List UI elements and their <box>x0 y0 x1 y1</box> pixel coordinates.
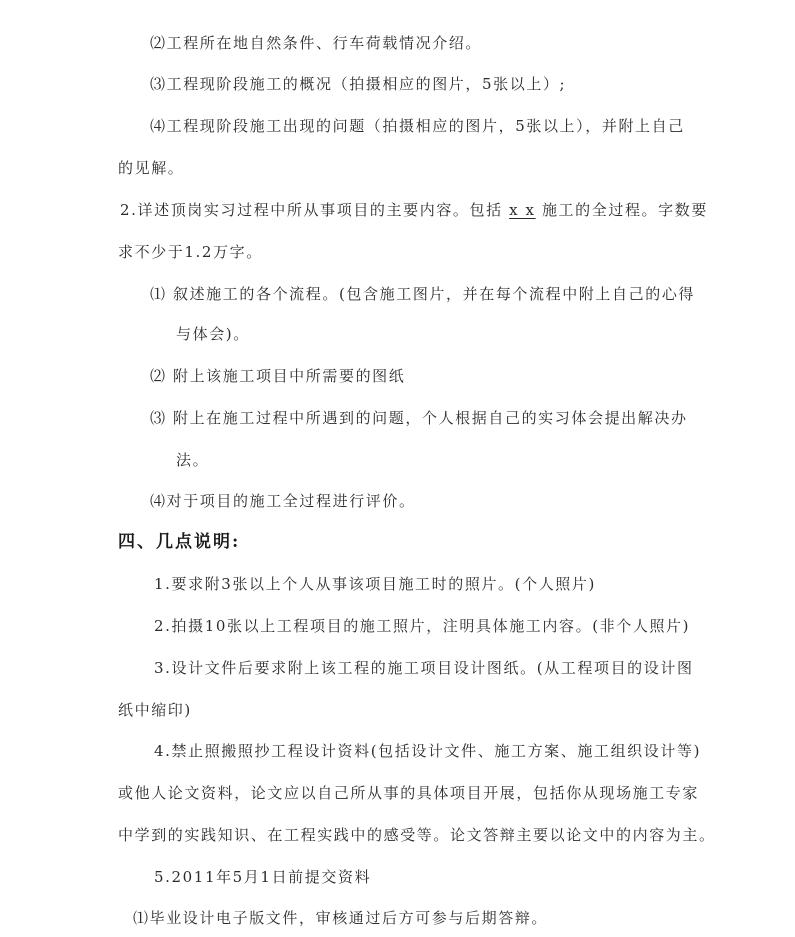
paragraph-current-problems-cont: 的见解。 <box>118 158 184 178</box>
paragraph-sub-3-cont: 法。 <box>176 450 209 470</box>
paragraph-item-2: 2.详述顶岗实习过程中所从事项目的主要内容。包括 x x 施工的全过程。字数要 <box>120 200 708 220</box>
document-page: ⑵工程所在地自然条件、行车荷载情况介绍。 ⑶工程现阶段施工的概况（拍摄相应的图片… <box>0 0 795 937</box>
item-2-text-pre: 2.详述顶岗实习过程中所从事项目的主要内容。包括 <box>120 201 509 219</box>
section-heading-notes: 四、几点说明: <box>118 532 240 552</box>
note-4-cont-2: 中学到的实践知识、在工程实践中的感受等。论文答辩主要以论文中的内容为主。 <box>118 825 716 845</box>
note-1: 1.要求附3张以上个人从事该项目施工时的照片。(个人照片) <box>154 574 596 594</box>
paragraph-item-2-cont: 求不少于1.2万字。 <box>118 242 263 262</box>
paragraph-current-status: ⑶工程现阶段施工的概况（拍摄相应的图片，5张以上）; <box>150 74 566 94</box>
paragraph-sub-1-cont: 与体会)。 <box>176 324 250 344</box>
paragraph-sub-2: ⑵ 附上该施工项目中所需要的图纸 <box>150 366 405 386</box>
paragraph-natural-conditions: ⑵工程所在地自然条件、行车荷载情况介绍。 <box>150 33 482 53</box>
note-5-sub-1: ⑴毕业设计电子版文件，审核通过后方可参与后期答辩。 <box>133 908 548 928</box>
paragraph-current-problems: ⑷工程现阶段施工出现的问题（拍摄相应的图片，5张以上），并附上自己 <box>150 116 685 136</box>
note-5: 5.2011年5月1日前提交资料 <box>154 867 371 887</box>
underlined-placeholder: x x <box>509 201 536 219</box>
item-2-text-post: 施工的全过程。字数要 <box>536 201 708 219</box>
paragraph-sub-3: ⑶ 附上在施工过程中所遇到的问题，个人根据自己的实习体会提出解决办 <box>150 408 688 428</box>
note-4: 4.禁止照搬照抄工程设计资料(包括设计文件、施工方案、施工组织设计等) <box>154 741 701 761</box>
paragraph-sub-4: ⑷对于项目的施工全过程进行评价。 <box>150 491 416 511</box>
paragraph-sub-1: ⑴ 叙述施工的各个流程。(包含施工图片，并在每个流程中附上自己的心得 <box>150 284 695 304</box>
note-3-cont: 纸中缩印) <box>118 700 192 720</box>
note-2: 2.拍摄10张以上工程项目的施工照片，注明具体施工内容。(非个人照片) <box>154 616 690 636</box>
note-3: 3.设计文件后要求附上该工程的施工项目设计图纸。(从工程项目的设计图 <box>154 658 694 678</box>
note-4-cont-1: 或他人论文资料，论文应以自己所从事的具体项目开展，包括你从现场施工专家 <box>118 783 699 803</box>
